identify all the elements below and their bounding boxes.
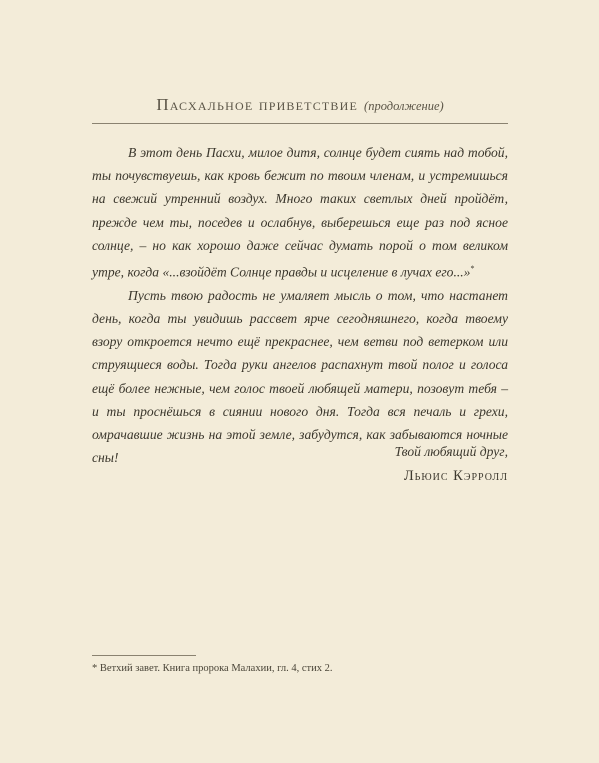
paragraph-text: Пусть твою радость не умаляет мысль о то… <box>92 288 508 465</box>
signature-block: Твой любящий друг, Льюис Кэрролл <box>395 440 508 488</box>
chapter-subtitle: (продолжение) <box>364 99 444 113</box>
paragraph-text: В этот день Пасхи, милое дитя, солнце бу… <box>92 145 508 280</box>
book-page: Пасхальное приветствие(продолжение) В эт… <box>0 0 599 763</box>
running-header: Пасхальное приветствие(продолжение) <box>92 95 508 115</box>
chapter-title: Пасхальное приветствие <box>156 95 358 114</box>
letter-body: В этот день Пасхи, милое дитя, солнце бу… <box>92 141 508 469</box>
paragraph-1: В этот день Пасхи, милое дитя, солнце бу… <box>92 141 508 284</box>
footnote-marker: * <box>470 264 474 273</box>
author-name: Льюис Кэрролл <box>395 464 508 488</box>
footnote-rule <box>92 655 196 656</box>
header-rule <box>92 123 508 124</box>
footnote: * Ветхий завет. Книга пророка Малахии, г… <box>92 663 332 674</box>
closing-line: Твой любящий друг, <box>395 440 508 464</box>
